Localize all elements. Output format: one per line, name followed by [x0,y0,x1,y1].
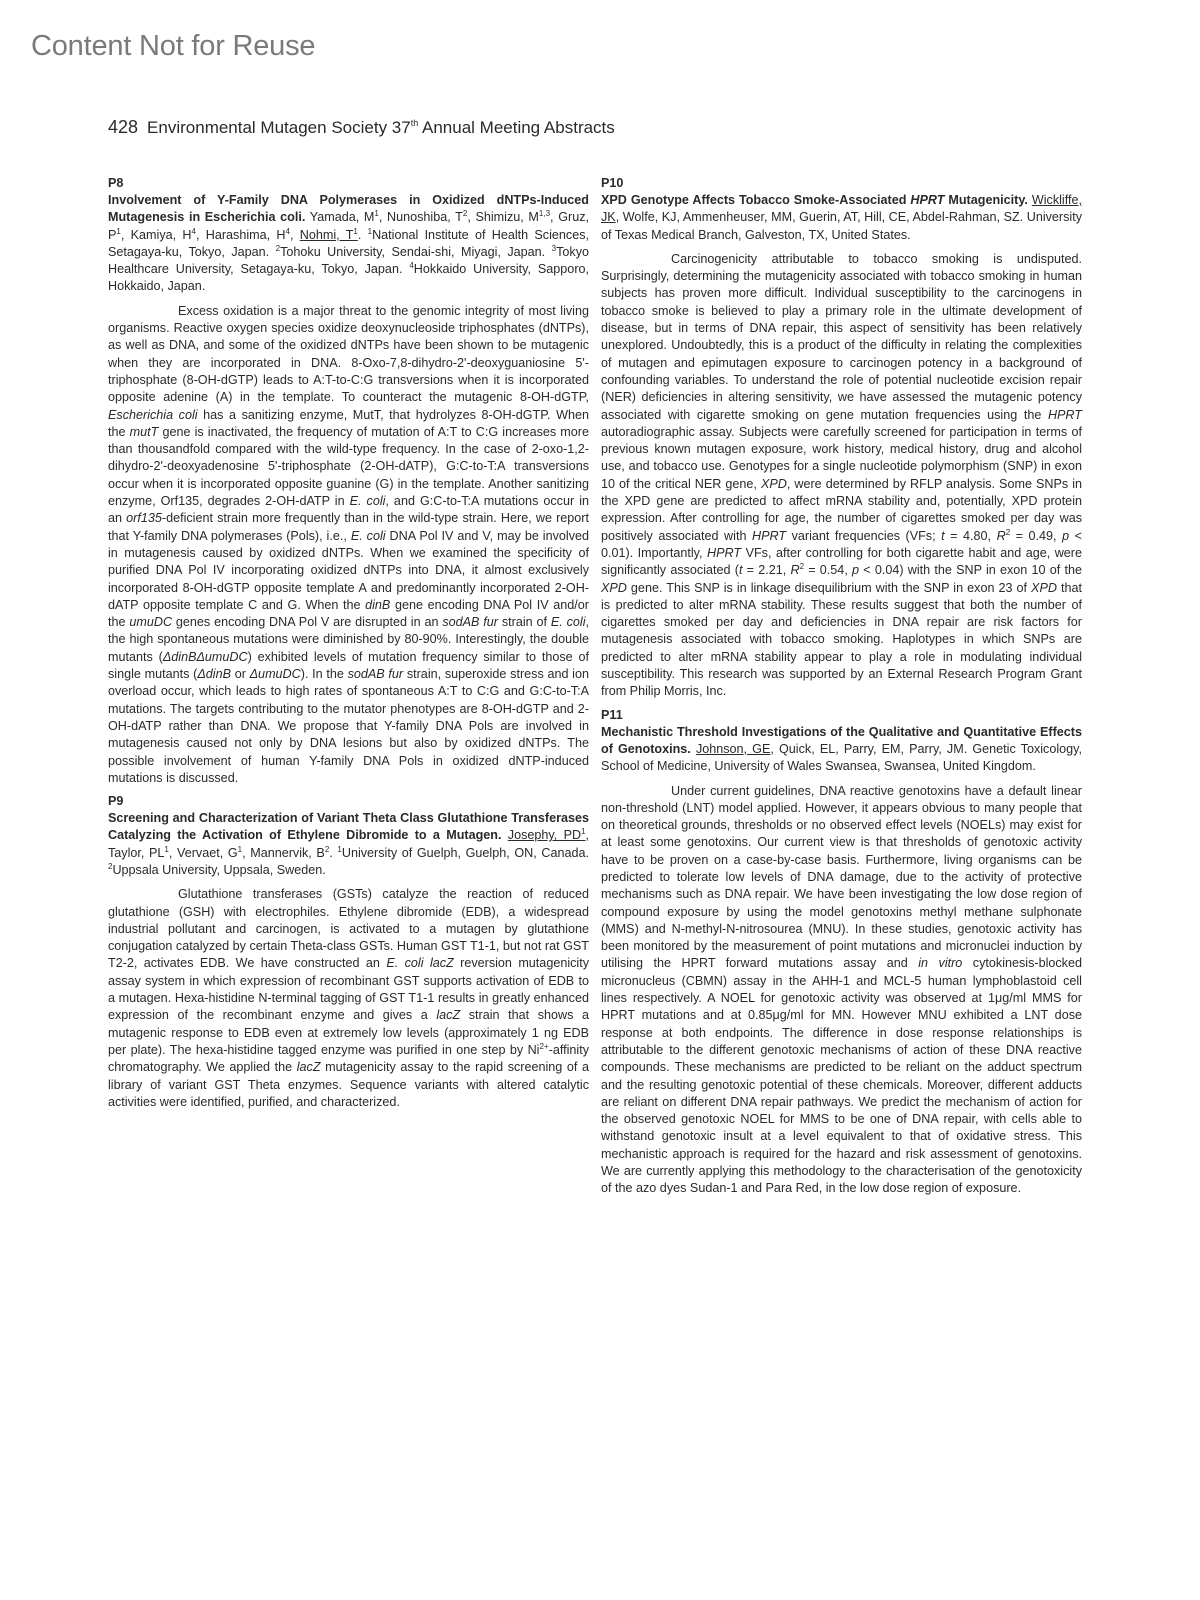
abstract-body: Glutathione transferases (GSTs) catalyze… [108,886,589,1111]
abstract-header: Involvement of Y-Family DNA Polymerases … [108,192,589,296]
presenting-author: Johnson, GE [696,742,770,756]
watermark: Content Not for Reuse [31,30,315,63]
presenting-author: Nohmi, T1 [300,228,358,242]
abstract-body: Under current guidelines, DNA reactive g… [601,783,1082,1198]
page-number: 428 [108,117,138,137]
abstract-header: Mechanistic Threshold Investigations of … [601,724,1082,776]
running-head: 428Environmental Mutagen Society 37th An… [108,117,615,138]
abstract-title: XPD Genotype Affects Tobacco Smoke-Assoc… [601,193,1028,207]
column-right: P10 XPD Genotype Affects Tobacco Smoke-A… [601,175,1082,1204]
abstract-body: Excess oxidation is a major threat to th… [108,303,589,787]
abstract-id: P10 [601,175,1082,192]
abstract-p9: P9 Screening and Characterization of Var… [108,793,589,1111]
abstract-header: Screening and Characterization of Varian… [108,810,589,879]
abstract-id: P9 [108,793,589,810]
column-left: P8 Involvement of Y-Family DNA Polymeras… [108,175,589,1117]
abstract-header: XPD Genotype Affects Tobacco Smoke-Assoc… [601,192,1082,244]
abstract-authors: Johnson, GE, Quick, EL, Parry, EM, Parry… [696,742,972,756]
presenting-author: Josephy, PD1 [508,828,586,842]
abstract-p10: P10 XPD Genotype Affects Tobacco Smoke-A… [601,175,1082,701]
abstract-id: P8 [108,175,589,192]
abstract-p11: P11 Mechanistic Threshold Investigations… [601,707,1082,1198]
running-head-title: Environmental Mutagen Society 37th Annua… [147,118,615,137]
abstract-id: P11 [601,707,1082,724]
abstract-p8: P8 Involvement of Y-Family DNA Polymeras… [108,175,589,787]
abstract-body: Carcinogenicity attributable to tobacco … [601,251,1082,701]
